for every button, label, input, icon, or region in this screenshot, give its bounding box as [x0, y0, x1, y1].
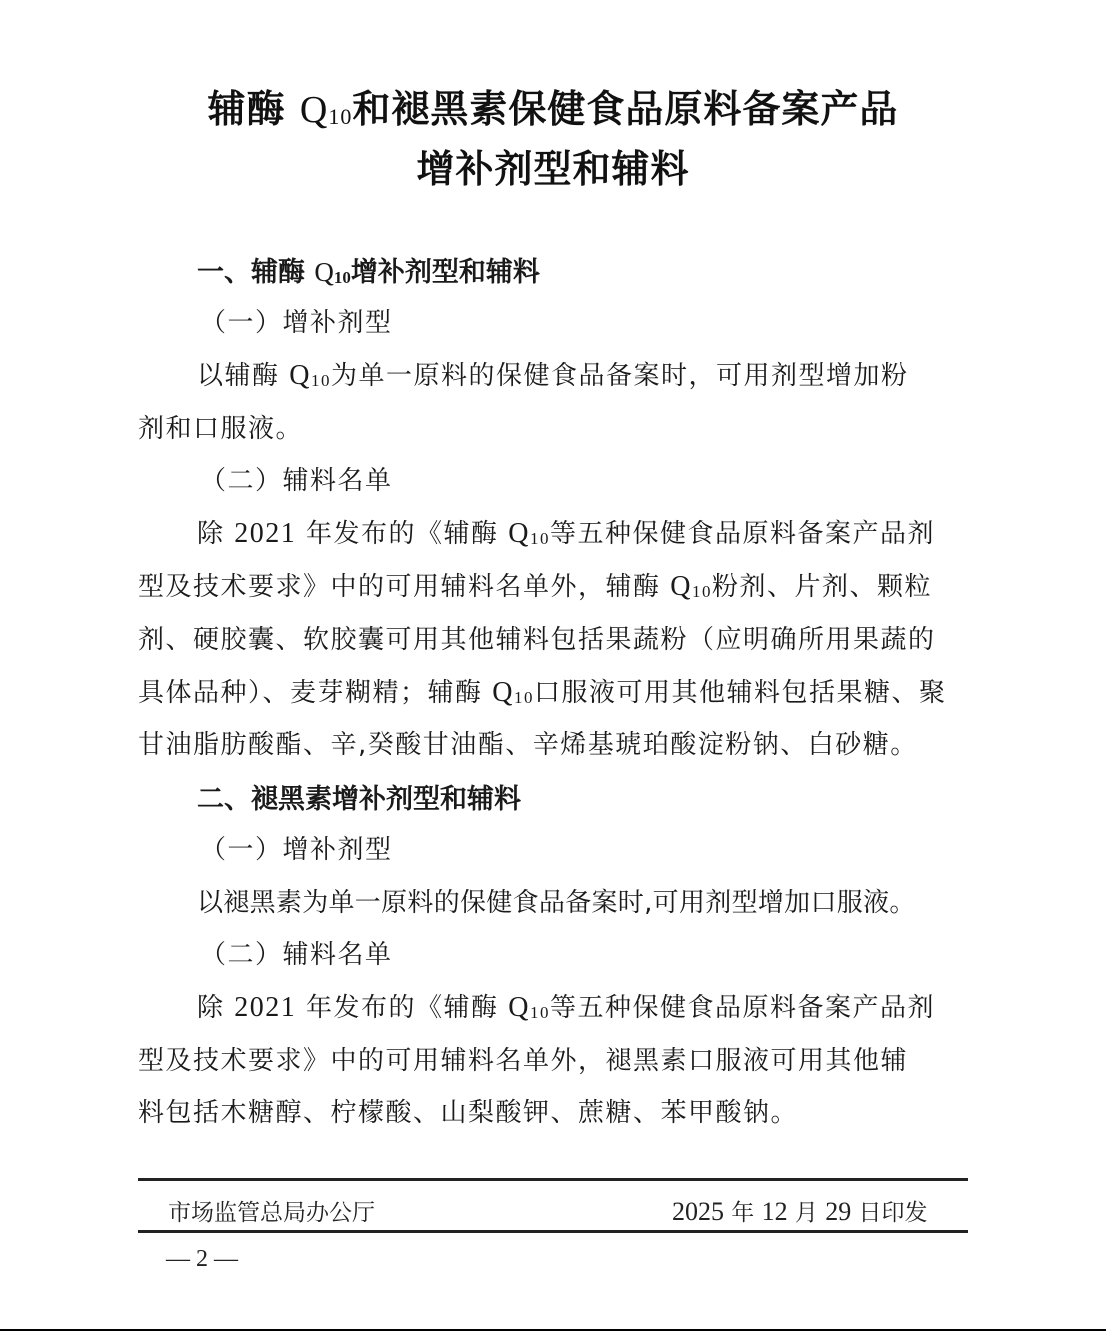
title-subscript: 10 — [328, 104, 352, 129]
section2-sub1-text: 以褪黑素为单一原料的保健食品备案时,可用剂型增加口服液。 — [197, 882, 916, 919]
year-text: 2021 — [234, 518, 296, 549]
paragraph-text: 除 — [197, 993, 234, 1023]
heading-text: 增补剂型和辅料 — [351, 257, 540, 288]
paragraph-text: 具体品种）、麦芽糊精；辅酶 — [138, 678, 492, 708]
document-title-line2: 增补剂型和辅料 — [0, 138, 1106, 193]
heading-text: 一、辅酶 — [197, 257, 314, 288]
date-day: 29 — [825, 1197, 851, 1226]
paragraph-text: 型及技术要求》中的可用辅料名单外，辅酶 — [138, 572, 670, 602]
section1-sub2-line5: 甘油脂肪酸酯、辛,癸酸甘油酯、辛烯基琥珀酸淀粉钠、白砂糖。 — [138, 724, 918, 761]
section1-sub1-heading: （一）增补剂型 — [200, 302, 393, 339]
section1-sub2-line3: 剂、硬胶囊、软胶囊可用其他辅料包括果蔬粉（应明确所用果蔬的 — [138, 619, 936, 656]
q-text: Q — [508, 992, 530, 1023]
paragraph-text: 以辅酶 — [197, 361, 289, 391]
paragraph-text: 年发布的《辅酶 — [296, 519, 508, 549]
footer-top-rule — [138, 1178, 968, 1181]
section1-sub2-line2: 型及技术要求》中的可用辅料名单外，辅酶 Q10粉剂、片剂、颗粒 — [138, 566, 932, 603]
title-q: Q — [300, 89, 328, 131]
q-text: Q — [289, 360, 311, 391]
date-month: 12 — [762, 1197, 788, 1226]
paragraph-text: 年发布的《辅酶 — [296, 993, 508, 1023]
document-title-line1: 辅酶 Q10和褪黑素保健食品原料备案产品 — [0, 78, 1106, 133]
section2-sub2-line1: 除 2021 年发布的《辅酶 Q10等五种保健食品原料备案产品剂 — [197, 987, 935, 1024]
section1-heading: 一、辅酶 Q10增补剂型和辅料 — [197, 250, 540, 289]
section1-sub2-heading: （二）辅料名单 — [200, 460, 393, 497]
paragraph-text: 等五种保健食品原料备案产品剂 — [550, 519, 935, 549]
section2-sub2-line2: 型及技术要求》中的可用辅料名单外，褪黑素口服液可用其他辅 — [138, 1040, 908, 1077]
subscript: 10 — [530, 1003, 550, 1022]
section1-sub2-line1: 除 2021 年发布的《辅酶 Q10等五种保健食品原料备案产品剂 — [197, 513, 935, 550]
section2-heading: 二、褪黑素增补剂型和辅料 — [197, 777, 521, 816]
section2-sub2-line3: 料包括木糖醇、柠檬酸、山梨酸钾、蔗糖、苯甲酸钠。 — [138, 1092, 798, 1129]
date-text: 日印发 — [851, 1200, 927, 1226]
subscript: 10 — [514, 688, 534, 707]
paragraph-text: 除 — [197, 519, 234, 549]
subscript: 10 — [530, 529, 550, 548]
issue-date: 2025 年 12 月 29 日印发 — [672, 1194, 928, 1227]
page-number: — 2 — — [166, 1246, 238, 1273]
q-text: Q — [670, 571, 692, 602]
heading-q: Q — [314, 257, 334, 287]
date-text: 年 — [724, 1200, 762, 1226]
q-text: Q — [508, 518, 530, 549]
section2-sub1-heading: （一）增补剂型 — [200, 829, 393, 866]
issuer-text: 市场监管总局办公厅 — [168, 1194, 375, 1227]
subscript: 10 — [311, 371, 331, 390]
section1-sub2-line4: 具体品种）、麦芽糊精；辅酶 Q10口服液可用其他辅料包括果糖、聚 — [138, 672, 947, 709]
paragraph-text: 粉剂、片剂、颗粒 — [712, 572, 932, 602]
document-page: 辅酶 Q10和褪黑素保健食品原料备案产品 增补剂型和辅料 一、辅酶 Q10增补剂… — [0, 0, 1106, 1329]
paragraph-text: 口服液可用其他辅料包括果糖、聚 — [534, 678, 947, 708]
paragraph-text: 等五种保健食品原料备案产品剂 — [550, 993, 935, 1023]
heading-subscript: 10 — [334, 268, 351, 287]
footer-bottom-rule — [138, 1230, 968, 1233]
section1-sub1-line2: 剂和口服液。 — [138, 408, 303, 445]
title-text: 和褪黑素保健食品原料备案产品 — [352, 86, 898, 131]
year-text: 2021 — [234, 992, 296, 1023]
title-text: 辅酶 — [208, 86, 300, 131]
date-text: 月 — [788, 1200, 826, 1226]
subscript: 10 — [692, 582, 712, 601]
date-year: 2025 — [672, 1197, 724, 1226]
section1-sub1-line1: 以辅酶 Q10为单一原料的保健食品备案时，可用剂型增加粉 — [197, 355, 909, 392]
paragraph-text: 为单一原料的保健食品备案时，可用剂型增加粉 — [331, 361, 909, 391]
q-text: Q — [492, 677, 514, 708]
section2-sub2-heading: （二）辅料名单 — [200, 934, 393, 971]
